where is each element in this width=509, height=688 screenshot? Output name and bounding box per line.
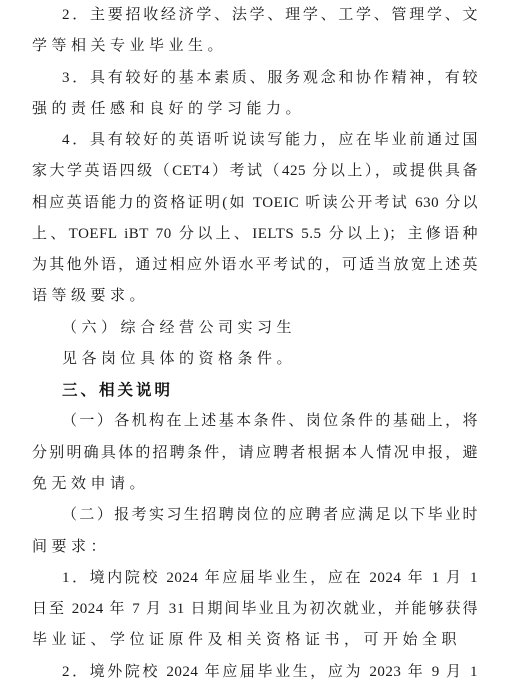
text-line: 2．主要招收经济学、法学、理学、工学、管理学、文 xyxy=(32,0,478,31)
text-line: 学等相关专业毕业生。 xyxy=(32,31,478,62)
text-line: 见各岗位具体的资格条件。 xyxy=(32,344,478,375)
text-line: 4．具有较好的英语听说读写能力，应在毕业前通过国 xyxy=(32,125,478,156)
section-heading: 三、相关说明 xyxy=(32,375,478,406)
document-page: 2．主要招收经济学、法学、理学、工学、管理学、文学等相关专业毕业生。3．具有较好… xyxy=(0,0,509,688)
text-line: 毕业证、学位证原件及相关资格证书，可开始全职工作； xyxy=(32,625,478,656)
text-line: 间要求： xyxy=(32,532,478,563)
text-line: 日至 2024 年 7 月 31 日期间毕业且为初次就业，并能够获得 xyxy=(32,594,478,625)
text-line: （六）综合经营公司实习生 xyxy=(32,313,478,344)
text-line: 免无效申请。 xyxy=(32,469,478,500)
text-line: 分别明确具体的招聘条件，请应聘者根据本人情况申报，避 xyxy=(32,438,478,469)
document-text-block: 2．主要招收经济学、法学、理学、工学、管理学、文学等相关专业毕业生。3．具有较好… xyxy=(32,0,478,688)
text-line: 2．境外院校 2024 年应届毕业生，应为 2023 年 9 月 1 xyxy=(32,657,478,688)
text-line: 1．境内院校 2024 年应届毕业生，应在 2024 年 1 月 1 xyxy=(32,563,478,594)
text-line: 为其他外语，通过相应外语水平考试的，可适当放宽上述英 xyxy=(32,250,478,281)
text-line: 强的责任感和良好的学习能力。 xyxy=(32,94,478,125)
text-line: 相应英语能力的资格证明(如 TOEIC 听读公开考试 630 分以 xyxy=(32,188,478,219)
text-line: 语等级要求。 xyxy=(32,281,478,312)
text-line: （二）报考实习生招聘岗位的应聘者应满足以下毕业时 xyxy=(32,500,478,531)
text-line: 3．具有较好的基本素质、服务观念和协作精神，有较 xyxy=(32,63,478,94)
text-line: 上、TOEFL iBT 70 分以上、IELTS 5.5 分以上)；主修语种 xyxy=(32,219,478,250)
text-line: （一）各机构在上述基本条件、岗位条件的基础上，将 xyxy=(32,406,478,437)
text-line: 家大学英语四级（CET4）考试（425 分以上），或提供具备 xyxy=(32,156,478,187)
